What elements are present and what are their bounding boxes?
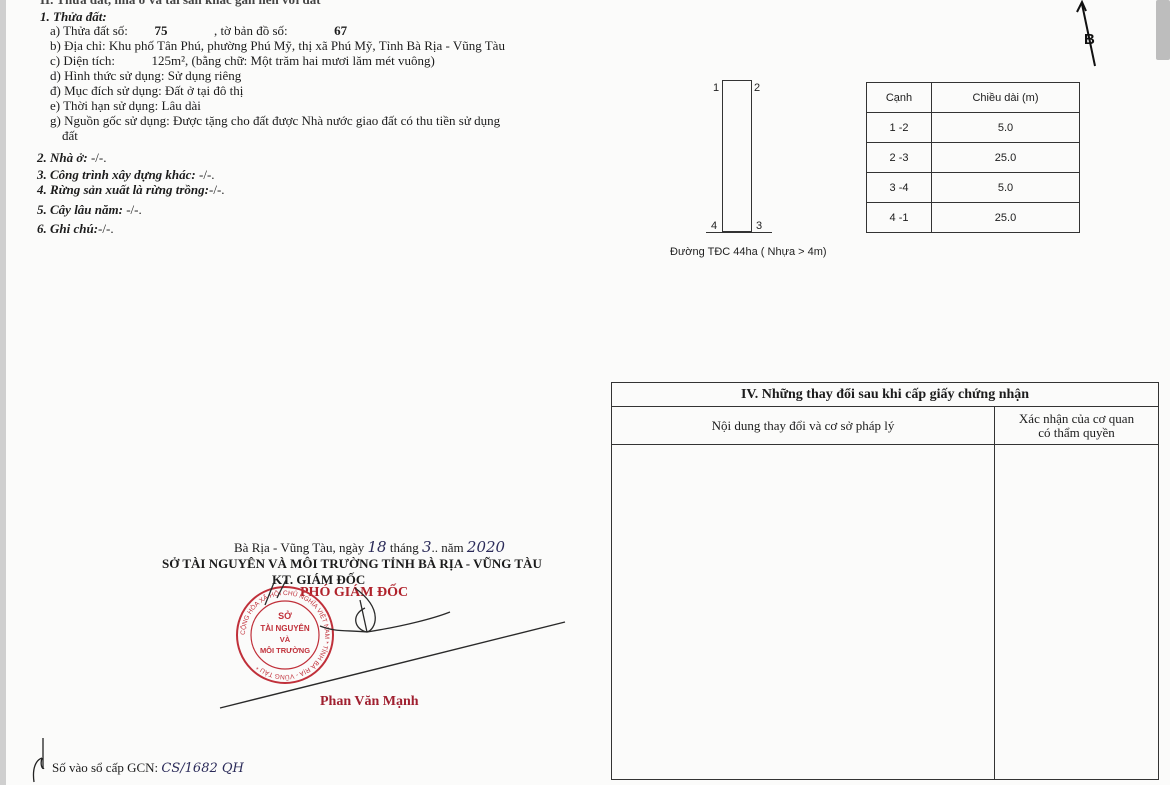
section-ii-header: II. Thửa đất, nhà ở và tài sản khác gắn … xyxy=(40,0,321,8)
usage-purpose-label: đ) Mục đích sử dụng: xyxy=(50,83,162,98)
signer-name: Phan Văn Mạnh xyxy=(320,694,419,710)
area-value: 125m², (bằng chữ: Một trăm hai mươi lăm … xyxy=(151,53,434,68)
changes-table: IV. Những thay đổi sau khi cấp giấy chứn… xyxy=(611,382,1159,780)
usage-term-label: e) Thời hạn sử dụng: xyxy=(50,98,158,113)
place-date: Bà Rịa - Vũng Tàu, ngày 18 tháng 3.. năm… xyxy=(234,538,505,556)
usage-form-value: Sử dụng riêng xyxy=(168,68,242,83)
scrollbar[interactable] xyxy=(1156,0,1170,60)
item-perennial-trees: 5. Cây lâu năm: -/-. xyxy=(37,202,142,218)
corner-4: 4 xyxy=(711,220,717,232)
area-row: c) Diện tích: 125m², (bằng chữ: Một trăm… xyxy=(50,53,435,69)
date-year: 2020 xyxy=(467,538,505,556)
registry-value: CS/1682 QH xyxy=(161,761,243,776)
road-line xyxy=(706,232,772,233)
table-row: 3 -45.0 xyxy=(867,173,1080,203)
parcel-outline xyxy=(722,80,752,232)
registry-number: Số vào sổ cấp GCN: CS/1682 QH xyxy=(52,760,244,776)
origin-value: Được tặng cho đất được Nhà nước giao đất… xyxy=(173,113,500,128)
date-day: 18 xyxy=(367,538,386,556)
item-other-construction: 3. Công trình xây dựng khác: -/-. xyxy=(37,167,215,183)
north-arrow-icon: B xyxy=(1074,0,1104,70)
authority-cell xyxy=(995,445,1159,780)
origin-row: g) Nguồn gốc sử dụng: Được tặng cho đất … xyxy=(50,113,500,129)
origin-label: g) Nguồn gốc sử dụng: xyxy=(50,113,170,128)
table-row: 4 -125.0 xyxy=(867,203,1080,233)
corner-3: 3 xyxy=(756,220,762,232)
parcel-number-row: a) Thửa đất số: 75 , tờ bản đồ số: 67 xyxy=(50,23,347,39)
table-row: 1 -25.0 xyxy=(867,113,1080,143)
signature-icon xyxy=(215,560,585,710)
road-label: Đường TĐC 44ha ( Nhựa > 4m) xyxy=(670,246,827,258)
page-left-edge xyxy=(0,0,6,785)
usage-purpose-value: Đất ở tại đô thị xyxy=(165,83,243,98)
col-edge-header: Cạnh xyxy=(867,83,932,113)
item-notes: 6. Ghi chú:-/-. xyxy=(37,221,114,237)
changes-table-title: IV. Những thay đổi sau khi cấp giấy chứn… xyxy=(612,383,1159,407)
edge-length-table: Cạnh Chiều dài (m) 1 -25.0 2 -325.0 3 -4… xyxy=(866,82,1080,233)
usage-purpose-row: đ) Mục đích sử dụng: Đất ở tại đô thị xyxy=(50,83,243,99)
changes-table-body xyxy=(612,445,1159,780)
col-change-content-header: Nội dung thay đổi và cơ sở pháp lý xyxy=(612,407,995,445)
change-content-cell xyxy=(612,445,995,780)
address-value: Khu phố Tân Phú, phường Phú Mỹ, thị xã P… xyxy=(109,38,505,53)
north-label: B xyxy=(1084,31,1095,48)
map-sheet-label: , tờ bản đồ số: xyxy=(214,23,288,38)
corner-2: 2 xyxy=(754,82,760,94)
address-row: b) Địa chỉ: Khu phố Tân Phú, phường Phú … xyxy=(50,38,505,54)
table-row: 2 -325.0 xyxy=(867,143,1080,173)
handwritten-mark-icon xyxy=(30,738,50,783)
area-label: c) Diện tích: xyxy=(50,53,115,68)
usage-form-label: d) Hình thức sử dụng: xyxy=(50,68,164,83)
col-length-header: Chiều dài (m) xyxy=(932,83,1080,113)
parcel-number: 75 xyxy=(154,23,167,38)
parcel-number-label: a) Thửa đất số: xyxy=(50,23,128,38)
item-planted-forest: 4. Rừng sản xuất là rừng trồng:-/-. xyxy=(37,182,225,198)
registry-label: Số vào sổ cấp GCN: xyxy=(52,760,158,775)
usage-term-row: e) Thời hạn sử dụng: Lâu dài xyxy=(50,98,201,114)
item-house: 2. Nhà ở: -/-. xyxy=(37,150,106,166)
date-month: 3 xyxy=(422,538,432,556)
address-label: b) Địa chỉ: xyxy=(50,38,106,53)
map-sheet-number: 67 xyxy=(334,23,347,38)
usage-form-row: d) Hình thức sử dụng: Sử dụng riêng xyxy=(50,68,241,84)
usage-term-value: Lâu dài xyxy=(162,98,201,113)
col-authority-header: Xác nhận của cơ quan có thẩm quyền xyxy=(995,407,1159,445)
corner-1: 1 xyxy=(713,82,719,94)
origin-continued: đất xyxy=(62,128,78,144)
